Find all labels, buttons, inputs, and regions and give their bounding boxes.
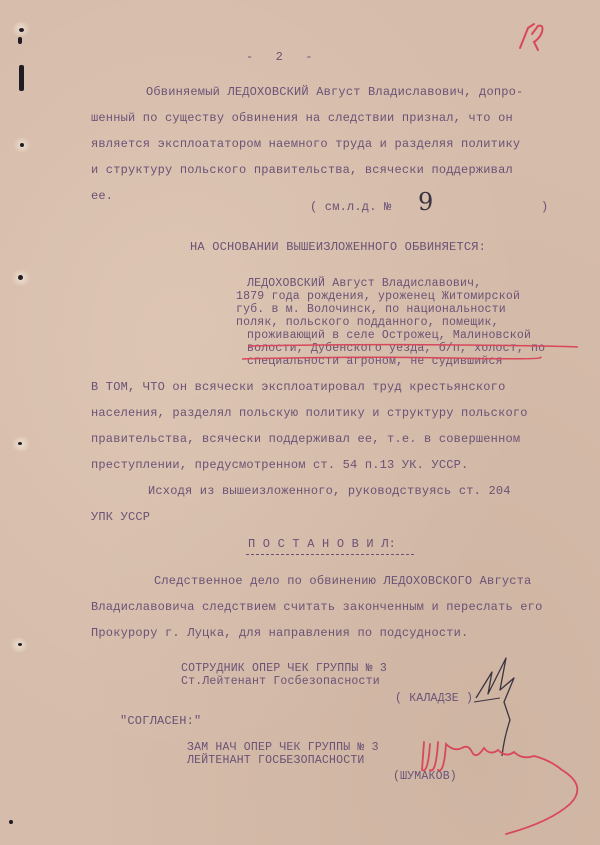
binding-mark (18, 37, 22, 44)
charge-line: В ТОМ, ЧТО он всячески эксплоатировал тр… (91, 380, 505, 394)
accused-line: 1879 года рождения, уроженец Житомирской (236, 291, 520, 303)
accused-line: губ. в м. Волочинск, по национальности (236, 304, 506, 316)
binding-hole (18, 275, 23, 280)
binding-hole (20, 143, 24, 147)
charge-line: правительства, всячески поддерживал ее, … (91, 432, 520, 446)
signature1-name: ( КАЛАДЗЕ ) (395, 693, 473, 705)
binding-hole (9, 820, 13, 824)
charge-line: преступлении, предусмотренном ст. 54 п.1… (91, 458, 468, 472)
archive-sheet-number-handwritten (516, 20, 556, 52)
red-pencil-underline (240, 340, 590, 370)
signature1-rank: Ст.Лейтенант Госбезопасности (181, 676, 380, 688)
resolution-heading: П О С Т А Н О В И Л: (248, 537, 396, 551)
resolution-line: Прокурору г. Луцка, для направления по п… (91, 626, 468, 640)
accused-line: поляк, польского подданного, помещик, (236, 317, 499, 329)
basis-line: Исходя из вышеизложенного, руководствуяс… (148, 484, 511, 498)
signature2-title: ЗАМ НАЧ ОПЕР ЧЕК ГРУППЫ № 3 (187, 742, 379, 754)
paragraph1-line: ее. (91, 189, 113, 203)
resolution-line: Следственное дело по обвинению ЛЕДОХОВСК… (154, 574, 531, 588)
case-sheet-reference: ( см.л.д. № (310, 200, 391, 214)
signature1-title: СОТРУДНИК ОПЕР ЧЕК ГРУППЫ № 3 (181, 663, 387, 675)
page-number: - 2 - (246, 50, 313, 64)
signature2-rank: ЛЕЙТЕНАНТ ГОСБЕЗОПАСНОСТИ (187, 755, 365, 767)
paragraph1-line: шенный по существу обвинения на следстви… (91, 111, 513, 125)
resolution-line: Владиславовича следствием считать законч… (91, 600, 542, 614)
paragraph1-line: является эксплоататором наемного труда и… (91, 137, 520, 151)
accused-line: ЛЕДОХОВСКИЙ Август Владиславович, (247, 278, 481, 290)
agreed-label: "СОГЛАСЕН:" (120, 714, 201, 728)
signature2-handwritten-red (410, 730, 600, 840)
basis-line: УПК УССР (91, 510, 150, 524)
handwritten-sheet-number: 9 (418, 188, 433, 216)
paragraph1-line: и структуру польского правительства, вся… (91, 163, 513, 177)
binding-hole (18, 442, 22, 445)
binding-hole (19, 28, 24, 32)
document-page: - 2 - Обвиняемый ЛЕДОХОВСКИЙ Август Влад… (0, 0, 600, 845)
binding-hole (18, 643, 22, 646)
heading-dashed-underline (246, 554, 414, 555)
binding-tear (19, 65, 24, 91)
accusation-heading: НА ОСНОВАНИИ ВЫШЕИЗЛОЖЕННОГО ОБВИНЯЕТСЯ: (190, 240, 486, 254)
case-sheet-reference-close: ) (541, 200, 548, 214)
charge-line: населения, разделял польскую политику и … (91, 406, 528, 420)
paragraph1-line: Обвиняемый ЛЕДОХОВСКИЙ Август Владиславо… (146, 85, 523, 99)
